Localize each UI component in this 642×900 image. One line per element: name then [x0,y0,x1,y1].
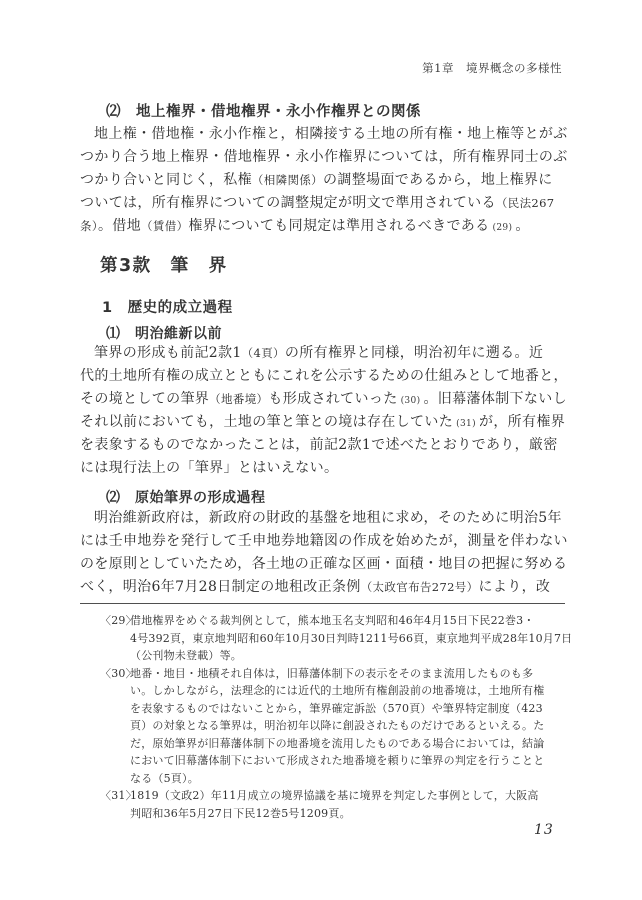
footnote-marker: 〈31〉 [100,787,137,805]
genshi-heading: ⑵ 原始筆界の形成過程 [106,487,266,507]
page-number: 13 [534,822,554,838]
footnote-marker: 〈30〉 [100,665,137,683]
footnote-29: 〈29〉 借地権界をめぐる裁判例として，熊本地玉名支判昭和46年4月15日下民2… [80,612,576,665]
footnote-text: 借地権界をめぐる裁判例として，熊本地玉名支判昭和46年4月15日下民22巻3・4… [130,612,576,665]
kan3-heading: 第3款 筆 界 [100,252,228,277]
running-header: 第1章 境界概念の多様性 [422,60,562,76]
book-page: 第1章 境界概念の多様性 ⑵ 地上権界・借地権界・永小作権界との関係 地上権・借… [0,0,642,900]
paragraph-meiji-before: 筆界の形成も前記2款1（4頁）の所有権界と同様，明治初年に遡る。近代的土地所有権… [80,342,576,480]
section-heading-relation: ⑵ 地上権界・借地権界・永小作権界との関係 [106,100,421,121]
paragraph-relation: 地上権・借地権・永小作権と，相隣接する土地の所有権・地上権等とがぶつかり合う地上… [80,123,576,238]
footnote-30: 〈30〉 地番・地目・地積それ自体は，旧幕藩体制下の表示をそのまま流用したものも… [80,665,576,788]
footnote-marker: 〈29〉 [100,612,137,630]
footnote-text: 地番・地目・地積それ自体は，旧幕藩体制下の表示をそのまま流用したものも多い。しか… [130,665,576,788]
footnote-divider [80,603,565,604]
footnotes: 〈29〉 借地権界をめぐる裁判例として，熊本地玉名支判昭和46年4月15日下民2… [80,612,576,822]
history-heading: 1 歴史的成立過程 [102,296,233,317]
footnote-31: 〈31〉 1819（文政2）年11月成立の境界協議を基に境界を判定した事例として… [80,787,576,822]
paragraph-genshi: 明治維新政府は，新政府の財政的基盤を地租に求め，そのために明治5年には壬申地券を… [80,507,576,599]
footnote-text: 1819（文政2）年11月成立の境界協議を基に境界を判定した事例として，大阪高判… [130,787,576,822]
meiji-before-heading: ⑴ 明治維新以前 [106,323,222,343]
